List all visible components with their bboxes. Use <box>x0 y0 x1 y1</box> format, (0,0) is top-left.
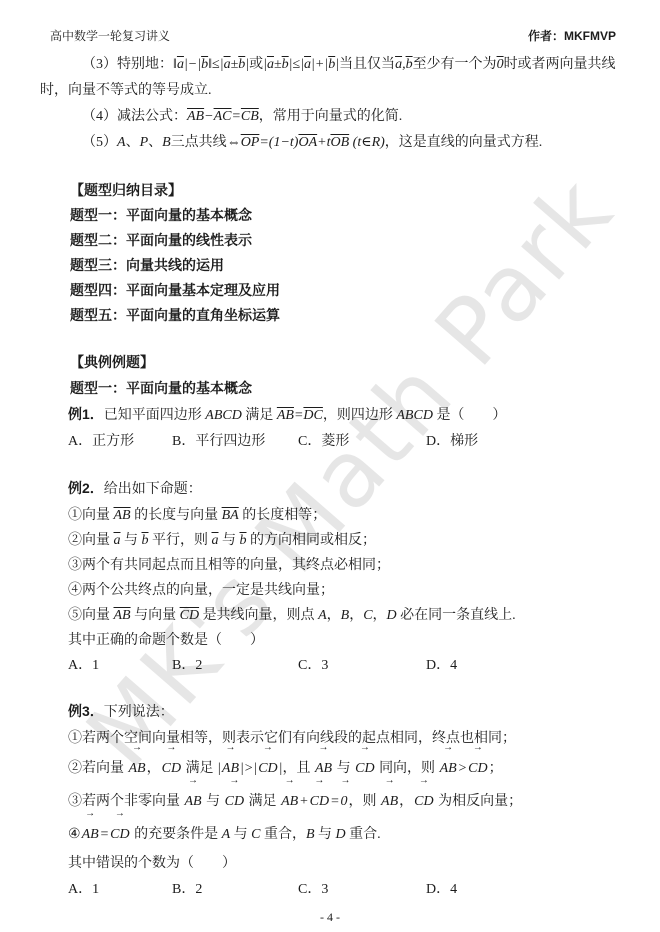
text-segment: 平行，则 <box>149 533 212 548</box>
text-segment: ； <box>489 761 503 776</box>
choice-option: C．菱形 <box>298 429 426 455</box>
text-segment: ②向量 <box>68 533 114 548</box>
choice-option: B．2 <box>172 653 298 678</box>
text-segment: ± <box>274 57 282 72</box>
text-segment: a <box>114 533 121 548</box>
text-segment: CD <box>355 761 374 776</box>
vector-notation: →CD <box>414 785 433 818</box>
text-segment: AB <box>114 508 131 523</box>
text-segment: 例2． <box>68 480 104 496</box>
text-segment: ABCD <box>396 408 433 423</box>
text-segment: AB <box>187 109 204 124</box>
choice-option: D．4 <box>426 653 457 678</box>
text-segment: a <box>224 57 231 72</box>
text-segment: （3）特别地： <box>82 57 173 72</box>
text-segment: 题型一：平面向量的基本概念 <box>70 207 252 223</box>
text-segment: AB <box>114 608 131 623</box>
choice-option: A．1 <box>68 877 172 903</box>
text-segment: OB <box>330 135 349 150</box>
vector-arrow-icon: → <box>414 776 433 786</box>
content-line: 题型三：向量共线的运用 <box>70 253 636 278</box>
text-segment: a <box>267 57 274 72</box>
text-segment: 必在同一条直线上. <box>397 608 516 623</box>
text-segment: 与 <box>121 533 142 548</box>
text-segment: 当且仅当 <box>339 57 395 72</box>
content-line: ④两个公共终点的向量，一定是共线向量； <box>68 578 636 603</box>
content-line: （5）A、P、B三点共线⇔OP=(1−t)OA+tOB (t∈R)，这是直线的向… <box>40 130 636 156</box>
text-segment: CD <box>414 794 433 809</box>
text-segment: +t <box>317 135 330 150</box>
text-segment: AB <box>82 827 99 842</box>
content-line: （4）减法公式：AB−AC=CB，常用于向量式的化简. <box>40 104 636 130</box>
text-segment: |≤| <box>289 57 304 72</box>
choice-option: A．1 <box>68 653 172 678</box>
vector-arrow-icon: → <box>281 776 298 786</box>
text-segment: = <box>100 827 109 842</box>
text-segment: ，则 <box>349 794 381 809</box>
text-segment: CD <box>258 761 277 776</box>
content-line: ②若向量 →AB，→CD 满足 |→AB|>|→CD|，且 →AB 与 →CD … <box>68 752 636 785</box>
document-page: MK's Math Park 高中数学一轮复习讲义 作者：MKFMVP （3）特… <box>0 0 660 932</box>
vector-arrow-icon: → <box>258 743 277 753</box>
text-segment: （5） <box>82 135 117 150</box>
text-segment: A <box>318 608 327 623</box>
header-title: 高中数学一轮复习讲义 <box>50 28 170 44</box>
text-segment: 与 <box>315 827 336 842</box>
vector-notation: →AB <box>185 785 202 818</box>
text-segment: 的充要条件是 <box>131 827 222 842</box>
text-segment: | <box>217 761 221 776</box>
text-segment: DC <box>303 408 322 423</box>
text-segment: ，则四边形 <box>323 408 397 423</box>
text-segment: 的方向相同或相反； <box>247 533 377 548</box>
text-segment: ①向量 <box>68 508 114 523</box>
text-segment: AC <box>214 109 232 124</box>
text-segment: CD <box>110 827 129 842</box>
text-segment: 是（ ） <box>433 408 507 423</box>
vector-arrow-icon: → <box>222 743 239 753</box>
text-segment: 或 <box>249 57 263 72</box>
choice-option: B．平行四边形 <box>172 429 298 455</box>
text-segment: 三点共线 <box>171 135 227 150</box>
text-segment: 【典例例题】 <box>70 354 154 370</box>
choices-row: A．1B．2C．3D．4 <box>68 653 636 678</box>
vector-arrow-icon: → <box>129 743 146 753</box>
text-segment: 重合， <box>260 827 306 842</box>
text-segment: CD <box>180 608 199 623</box>
choices-row: A．正方形B．平行四边形C．菱形D．梯形 <box>68 429 636 455</box>
text-segment: 题型二：平面向量的线性表示 <box>70 232 252 248</box>
text-segment: 与 <box>230 827 251 842</box>
text-segment: AB <box>129 761 146 776</box>
text-segment: P <box>140 135 149 150</box>
text-segment: D <box>336 827 346 842</box>
text-segment: 题型五：平面向量的直角坐标运算 <box>70 307 280 323</box>
text-segment: b <box>142 533 149 548</box>
choice-option: C．3 <box>298 877 426 903</box>
text-segment: 题型四：平面向量基本定理及应用 <box>70 282 280 298</box>
text-segment: = <box>330 794 339 809</box>
text-segment: B <box>162 135 171 150</box>
text-segment: AB <box>277 408 294 423</box>
text-segment: 至少有一个为 <box>413 57 497 72</box>
text-segment: A <box>222 827 231 842</box>
text-segment: ‖≤| <box>208 57 223 72</box>
text-segment: AB <box>440 761 457 776</box>
text-segment: 其中正确的命题个数是（ ） <box>68 633 264 648</box>
text-segment: A <box>117 135 126 150</box>
text-segment: CD <box>162 761 181 776</box>
text-segment: + <box>299 794 308 809</box>
text-segment: ， <box>373 608 387 623</box>
content-line: 【题型归纳目录】 <box>70 177 636 203</box>
text-segment: 0 <box>497 57 504 72</box>
content-line: ②向量 a 与 b 平行，则 a 与 b 的方向相同或相反； <box>68 528 636 553</box>
text-segment: OA <box>298 135 317 150</box>
text-segment: |+| <box>311 57 328 72</box>
text-segment: ④ <box>68 827 81 842</box>
text-segment: CD <box>225 794 244 809</box>
text-segment: 例3． <box>68 703 104 719</box>
text-segment: ，这是直线的向量式方程. <box>385 135 543 150</box>
text-segment: B <box>341 608 350 623</box>
content-line: 例1．已知平面四边形 ABCD 满足 AB=DC，则四边形 ABCD 是（ ） <box>68 401 636 429</box>
choice-option: C．3 <box>298 653 426 678</box>
text-segment: AB <box>381 794 398 809</box>
content-line: 题型一：平面向量的基本概念 <box>70 203 636 228</box>
text-segment: ④两个公共终点的向量，一定是共线向量； <box>68 583 334 598</box>
vector-arrow-icon: → <box>341 776 348 786</box>
text-segment: (t∈R) <box>349 135 385 150</box>
text-segment: 其中错误的个数为（ ） <box>68 856 236 871</box>
vector-notation: →AB <box>82 818 99 851</box>
text-segment: = <box>294 408 303 423</box>
text-segment: ⇔ <box>227 135 241 150</box>
content-line: 例3．下列说法： <box>68 698 636 726</box>
text-segment: 例1． <box>68 406 104 422</box>
text-segment: |−| <box>184 57 201 72</box>
content-line: ⑤向量 AB 与向量 CD 是共线向量，则点 A，B，C，D 必在同一条直线上. <box>68 603 636 628</box>
text-segment: B <box>306 827 315 842</box>
vector-notation: →AB <box>281 785 298 818</box>
text-segment: ABCD <box>205 408 242 423</box>
text-segment: − <box>204 109 213 124</box>
text-segment: > <box>458 761 467 776</box>
text-segment: |>| <box>240 761 257 776</box>
page-number: - 4 - <box>320 910 340 924</box>
text-segment: 与 <box>333 761 354 776</box>
text-segment: 满足 <box>245 794 280 809</box>
text-segment: b <box>406 57 413 72</box>
vector-arrow-icon: → <box>225 776 244 786</box>
text-segment: 重合. <box>346 827 381 842</box>
vector-notation: →CD <box>310 785 329 818</box>
choice-option: D．4 <box>426 877 457 903</box>
vector-notation: →CD <box>258 752 277 785</box>
text-segment: AB <box>185 794 202 809</box>
text-segment: 、 <box>148 135 162 150</box>
text-segment: 题型一：平面向量的基本概念 <box>70 380 252 396</box>
vector-notation: →AB <box>129 752 146 785</box>
content-line: ③两个有共同起点而且相等的向量，其终点必相同； <box>68 553 636 578</box>
vector-arrow-icon: → <box>162 743 181 753</box>
text-segment: ， <box>147 761 161 776</box>
page-header: 高中数学一轮复习讲义 作者：MKFMVP <box>0 0 660 44</box>
text-segment: 为相反向量； <box>435 794 523 809</box>
page-footer: - 4 - <box>0 910 660 924</box>
text-segment: 满足 <box>182 761 217 776</box>
text-segment: 满足 <box>242 408 277 423</box>
text-segment: 下列说法： <box>104 705 174 720</box>
header-author: 作者：MKFMVP <box>528 28 616 44</box>
text-segment: ， <box>399 794 413 809</box>
text-segment: 给出如下命题： <box>104 482 202 497</box>
text-segment: D <box>387 608 397 623</box>
text-segment: ②若向量 <box>68 761 128 776</box>
text-segment: a <box>212 533 219 548</box>
text-segment: 是共线向量，则点 <box>199 608 318 623</box>
text-segment: CD <box>468 761 487 776</box>
vector-notation: →CD <box>225 785 244 818</box>
text-segment: b <box>282 57 289 72</box>
text-segment: ，且 <box>283 761 315 776</box>
text-segment: ⑤向量 <box>68 608 114 623</box>
text-segment: CD <box>310 794 329 809</box>
content-line: 题型二：平面向量的线性表示 <box>70 228 636 253</box>
text-segment: b <box>240 533 247 548</box>
vector-arrow-icon: → <box>82 809 99 819</box>
vector-arrow-icon: → <box>381 776 398 786</box>
text-segment: a <box>177 57 184 72</box>
text-segment: 与 <box>219 533 240 548</box>
vector-arrow-icon: → <box>185 776 202 786</box>
vector-arrow-icon: → <box>315 743 332 753</box>
vector-arrow-icon: → <box>468 743 487 753</box>
document-body: （3）特别地：‖a|−|b‖≤|a±b|或|a±b|≤|a|+|b|当且仅当a,… <box>0 44 660 903</box>
text-segment: 的长度与向量 <box>131 508 222 523</box>
text-segment: = <box>231 109 240 124</box>
text-segment: C <box>363 608 372 623</box>
vector-arrow-icon: → <box>110 809 129 819</box>
vector-notation: →CD <box>468 752 487 785</box>
text-segment: AB <box>222 761 239 776</box>
content-line: （3）特别地：‖a|−|b‖≤|a±b|或|a±b|≤|a|+|b|当且仅当a,… <box>40 52 636 104</box>
content-line: 其中正确的命题个数是（ ） <box>68 628 636 653</box>
text-segment: 题型三：向量共线的运用 <box>70 257 224 273</box>
text-segment: ③若两个非零向量 <box>68 794 184 809</box>
text-segment: 同向，则 <box>376 761 439 776</box>
text-segment: ， <box>327 608 341 623</box>
choice-option: A．正方形 <box>68 429 172 455</box>
content-line: 其中错误的个数为（ ） <box>68 851 636 877</box>
vector-notation: →CD <box>355 752 374 785</box>
content-line: ③若两个非零向量 →AB 与 →CD 满足 →AB+→CD=→0，则 →AB，→… <box>68 785 636 818</box>
content-line: ①若两个空间向量相等，则表示它们有向线段的起点相同，终点也相同； <box>68 726 636 752</box>
vector-notation: →AB <box>440 752 457 785</box>
text-segment: 与向量 <box>131 608 180 623</box>
text-segment: CB <box>241 109 259 124</box>
text-segment: a <box>304 57 311 72</box>
text-segment: AB <box>281 794 298 809</box>
text-segment: ③两个有共同起点而且相等的向量，其终点必相同； <box>68 558 390 573</box>
vector-notation: →CD <box>162 752 181 785</box>
text-segment: 、 <box>126 135 140 150</box>
text-segment: =(1−t) <box>259 135 298 150</box>
text-segment: （4）减法公式： <box>82 109 187 124</box>
content-line: ①向量 AB 的长度与向量 BA 的长度相等； <box>68 503 636 528</box>
text-segment: OP <box>241 135 260 150</box>
text-segment: ， <box>349 608 363 623</box>
content-line: 【典例例题】 <box>70 349 636 375</box>
vector-notation: →AB <box>381 785 398 818</box>
vector-arrow-icon: → <box>310 776 329 786</box>
content-line: 题型一：平面向量的基本概念 <box>70 375 636 401</box>
vector-notation: →CD <box>110 818 129 851</box>
choices-row: A．1B．2C．3D．4 <box>68 877 636 903</box>
choice-option: B．2 <box>172 877 298 903</box>
text-segment: 的长度相等； <box>239 508 327 523</box>
vector-arrow-icon: → <box>440 743 457 753</box>
content-line: ④→AB=→CD 的充要条件是 A 与 C 重合，B 与 D 重合. <box>68 818 636 851</box>
text-segment: 【题型归纳目录】 <box>70 182 182 198</box>
text-segment: 0 <box>341 794 348 809</box>
text-segment: a <box>395 57 402 72</box>
vector-arrow-icon: → <box>355 743 374 753</box>
content-line: 题型五：平面向量的直角坐标运算 <box>70 303 636 328</box>
text-segment: ，常用于向量式的化简. <box>259 109 403 124</box>
choice-option: D．梯形 <box>426 429 478 455</box>
content-line: 题型四：平面向量基本定理及应用 <box>70 278 636 303</box>
text-segment: BA <box>222 508 239 523</box>
text-segment: AB <box>315 761 332 776</box>
content-line: 例2．给出如下命题： <box>68 475 636 503</box>
vector-notation: →0 <box>341 785 348 818</box>
text-segment: 与 <box>203 794 224 809</box>
text-segment: 已知平面四边形 <box>104 408 206 423</box>
